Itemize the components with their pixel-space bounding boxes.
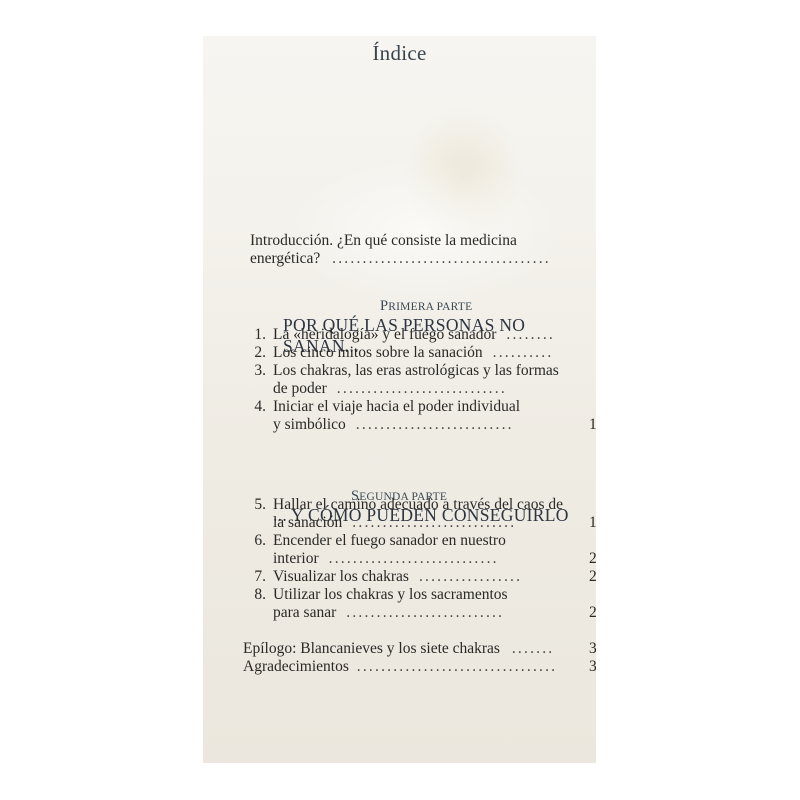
page-number: 3 bbox=[589, 658, 596, 676]
page-title: Índice bbox=[203, 41, 596, 66]
part-label: PRIMERA PARTE bbox=[380, 298, 472, 315]
page-number: 1 bbox=[589, 416, 596, 434]
chapter-title: de poder bbox=[273, 380, 327, 397]
chapter-title-line: Iniciar el viaje hacia el poder individu… bbox=[273, 398, 520, 416]
page-number: 2 bbox=[589, 568, 596, 586]
leader-dots: ............................ bbox=[329, 550, 499, 567]
chapter-title: la sanación bbox=[273, 514, 342, 531]
intro-text: energética? bbox=[250, 250, 320, 267]
chapter-number: 4. bbox=[250, 398, 266, 416]
chapter-title-line: La «heridalogía» y el fuego sanador.....… bbox=[273, 326, 555, 344]
chapter-number: 8. bbox=[250, 586, 266, 604]
chapter-title-line: la sanación........................... bbox=[273, 514, 516, 532]
leader-dots: .......................... bbox=[356, 416, 514, 433]
entry-text: Agradecimientos bbox=[243, 658, 349, 675]
leader-dots: ............................ bbox=[337, 380, 507, 397]
chapter-title-line: interior............................ bbox=[273, 550, 499, 568]
leader-dots: ........................... bbox=[352, 514, 516, 531]
leader-dots: .......................... bbox=[346, 604, 504, 621]
chapter-number: 7. bbox=[250, 568, 266, 586]
chapter-title: Visualizar los chakras bbox=[273, 568, 409, 585]
chapter-title-line: Visualizar los chakras................. bbox=[273, 568, 522, 586]
leader-dots: ................................. bbox=[357, 658, 557, 675]
chapter-title: Iniciar el viaje hacia el poder individu… bbox=[273, 398, 520, 415]
chapter-number: 3. bbox=[250, 362, 266, 380]
chapter-title: Utilizar los chakras y los sacramentos bbox=[273, 586, 508, 603]
book-page: Índice Introducción. ¿En qué consiste la… bbox=[203, 36, 596, 763]
page-number: 2 bbox=[589, 604, 596, 622]
chapter-title-line: Hallar el camino adecuado a través del c… bbox=[273, 496, 563, 514]
chapter-title: para sanar bbox=[273, 604, 336, 621]
chapter-number: 6. bbox=[250, 532, 266, 550]
intro-line-1: Introducción. ¿En qué consiste la medici… bbox=[250, 232, 517, 250]
chapter-number: 2. bbox=[250, 344, 266, 362]
chapter-title-line: Los chakras, las eras astrológicas y las… bbox=[273, 362, 559, 380]
leader-dots: ................. bbox=[419, 568, 522, 585]
chapter-title: y simbólico bbox=[273, 416, 346, 433]
chapter-title-line: para sanar.......................... bbox=[273, 604, 504, 622]
chapter-title-line: Utilizar los chakras y los sacramentos bbox=[273, 586, 508, 604]
leader-dots: ........ bbox=[506, 326, 555, 343]
chapter-number: 5. bbox=[250, 496, 266, 514]
chapter-title: La «heridalogía» y el fuego sanador bbox=[273, 326, 496, 343]
epilogue-entry: Epílogo: Blancanieves y los siete chakra… bbox=[243, 640, 554, 658]
page-number: 2 bbox=[589, 550, 596, 568]
leader-dots: ....... bbox=[512, 640, 555, 657]
chapter-number: 1. bbox=[250, 326, 266, 344]
page-number: 3 bbox=[589, 640, 596, 658]
leader-dots: .......... bbox=[493, 344, 554, 361]
entry-text: Epílogo: Blancanieves y los siete chakra… bbox=[243, 640, 500, 657]
leader-dots: .................................... bbox=[332, 250, 551, 267]
page-number: 1 bbox=[589, 514, 596, 532]
intro-line-2: energética? ............................… bbox=[250, 250, 551, 268]
chapter-title-line: y simbólico.......................... bbox=[273, 416, 514, 434]
chapter-title: Hallar el camino adecuado a través del c… bbox=[273, 496, 563, 513]
chapter-title: Los chakras, las eras astrológicas y las… bbox=[273, 362, 559, 379]
chapter-title-line: Los cinco mitos sobre la sanación.......… bbox=[273, 344, 553, 362]
chapter-title-line: Encender el fuego sanador en nuestro bbox=[273, 532, 506, 550]
acknowledgements-entry: Agradecimientos ........................… bbox=[243, 658, 557, 676]
table-of-contents: Índice Introducción. ¿En qué consiste la… bbox=[203, 36, 596, 763]
chapter-title: Encender el fuego sanador en nuestro bbox=[273, 532, 506, 549]
chapter-title-line: de poder............................ bbox=[273, 380, 507, 398]
chapter-title: interior bbox=[273, 550, 319, 567]
chapter-title: Los cinco mitos sobre la sanación bbox=[273, 344, 483, 361]
